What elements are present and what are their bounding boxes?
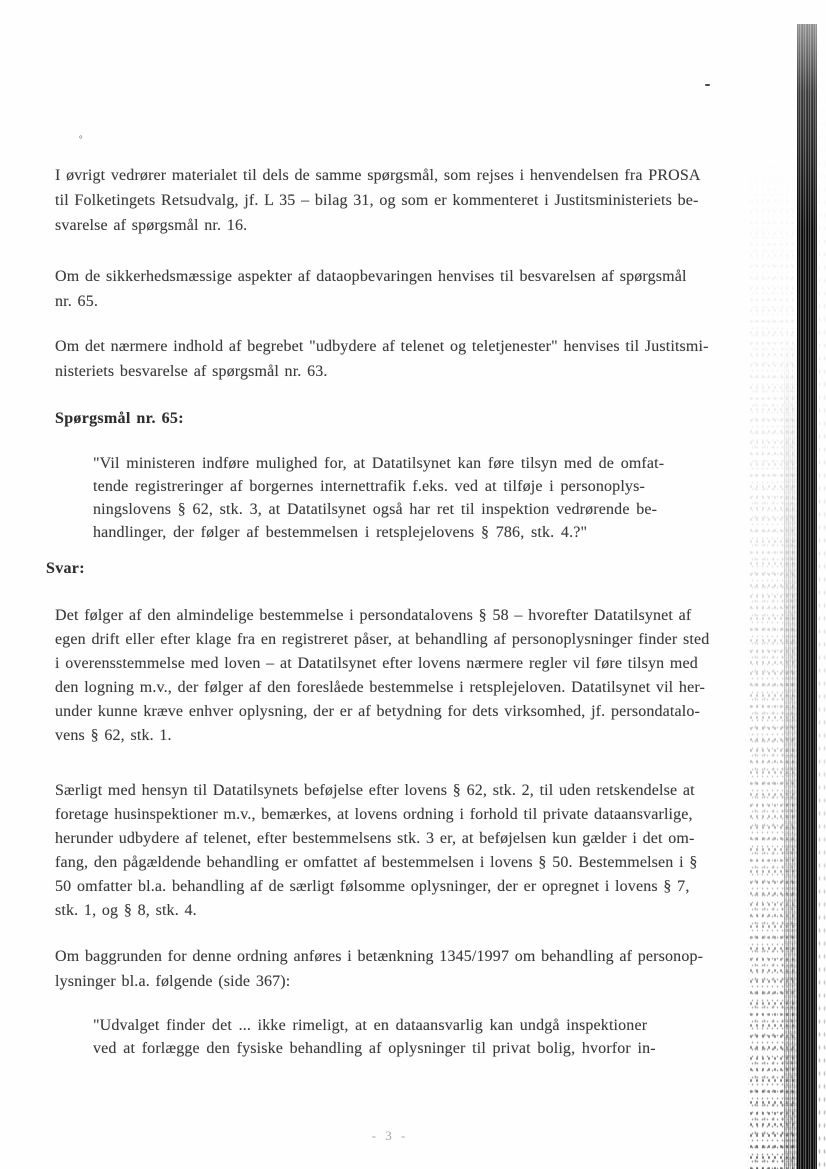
paragraph-background: Om baggrunden for denne ordning anføres … — [55, 944, 775, 994]
background-quote-block: "Udvalget finder det ... ikke rimeligt, … — [93, 1014, 758, 1060]
paragraph-intro-2: Om de sikkerhedsmæssige aspekter af data… — [55, 264, 775, 314]
scan-speck-dash — [705, 84, 710, 86]
page-number: - 3 - — [0, 1128, 780, 1144]
paragraph-answer-1: Det følger af den almindelige bestemmels… — [55, 604, 775, 748]
scan-speck-mark: ° — [79, 134, 83, 144]
paragraph-intro-1: I øvrigt vedrører materialet til dels de… — [55, 163, 775, 238]
paragraph-answer-2: Særligt med hensyn til Datatilsynets bef… — [55, 779, 775, 923]
answer-heading: Svar: — [46, 556, 85, 581]
paragraph-intro-3: Om det nærmere indhold af begrebet "udby… — [55, 334, 775, 384]
question-heading: Spørgsmål nr. 65: — [55, 406, 775, 431]
scan-artifact-band-inner — [784, 330, 797, 1169]
scan-artifact-noise-right — [817, 40, 826, 1169]
question-quote-block: "Vil ministeren indføre mulighed for, at… — [93, 452, 758, 544]
scanned-document-page: ° I øvrigt vedrører materialet til dels … — [0, 0, 826, 1169]
scan-artifact-band — [797, 24, 817, 1169]
